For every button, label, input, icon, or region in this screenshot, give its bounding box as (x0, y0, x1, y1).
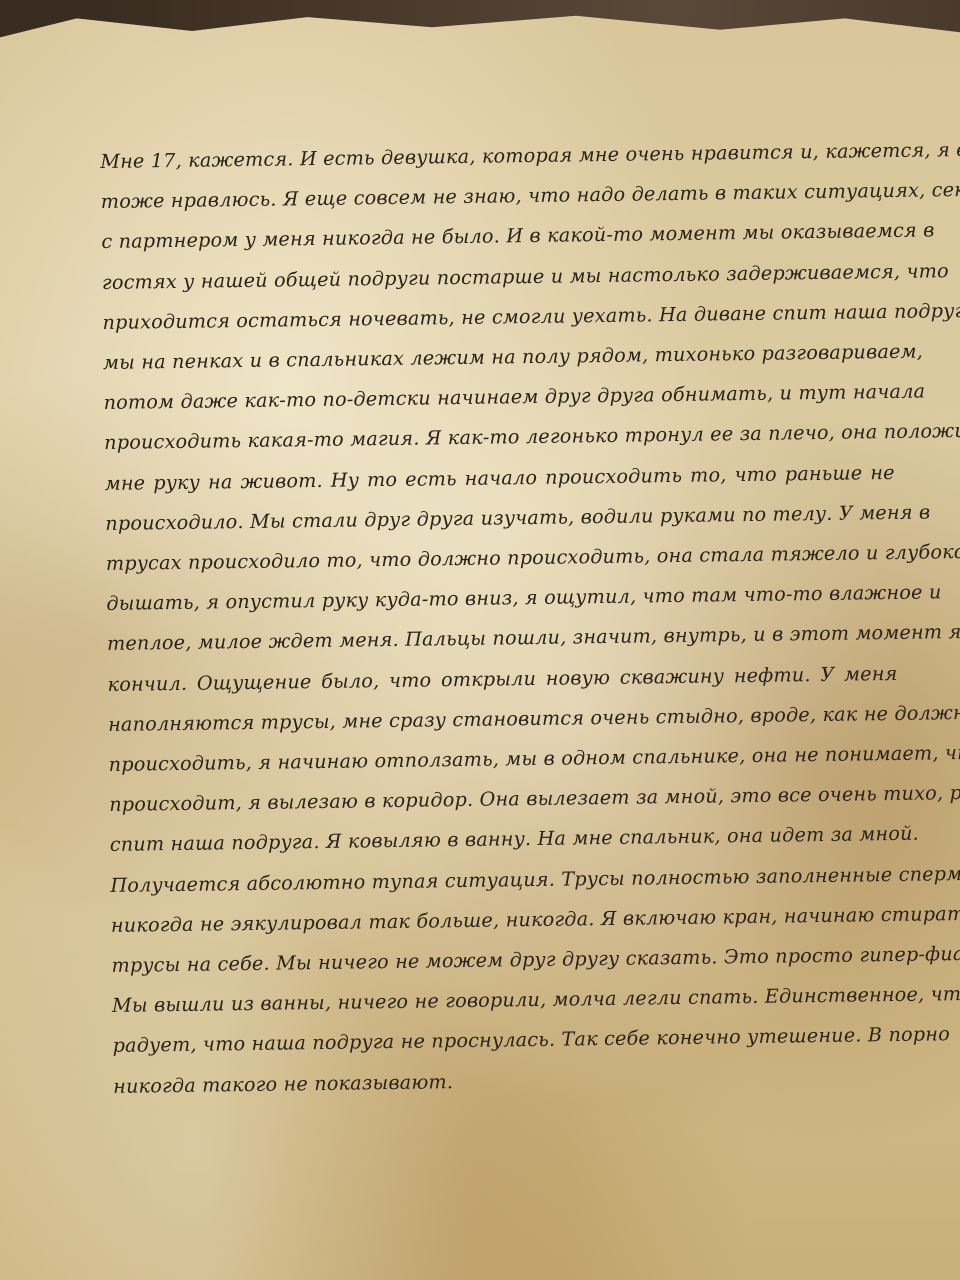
photo-background: Мне 17, кажется. И есть девушка, которая… (0, 0, 960, 1280)
handwritten-text-block: Мне 17, кажется. И есть девушка, которая… (100, 131, 903, 1107)
